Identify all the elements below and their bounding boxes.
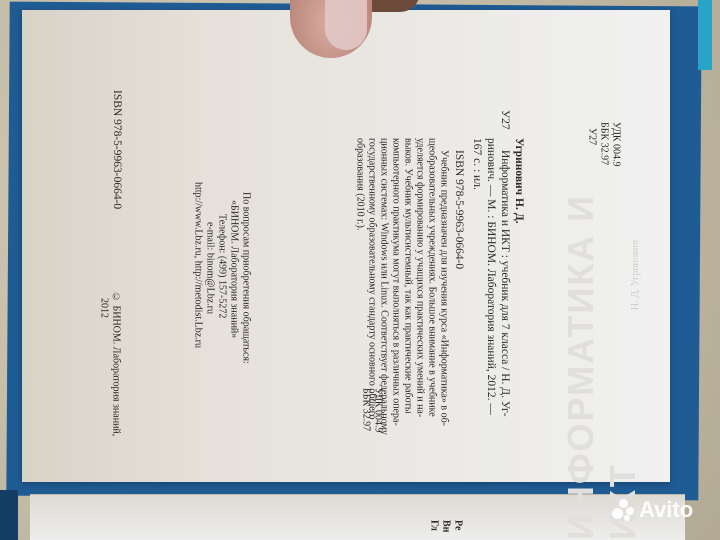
catalog-code: У27 [498, 110, 511, 130]
isbn-bottom: ISBN 978-5-9963-0664-0 [110, 90, 123, 209]
classification-bottom-1: УДК 004.9 [372, 388, 384, 433]
classification-bottom-2: ББК 32.97 [360, 388, 372, 431]
purchase-info-line: Телефон: (499) 157-5272 [216, 214, 228, 318]
next-page-fragment: Вн [440, 520, 452, 532]
title-line-1: Информатика и ИКТ : учебник для 7 класса… [498, 150, 511, 417]
copyright-line-2: 2012 [98, 298, 110, 318]
purchase-info-line: «БИНОМ. Лаборатория знаний» [228, 200, 240, 338]
abstract-line: Учебник предназначен для изучения курса … [438, 150, 450, 426]
purchase-info-urls: http://www.Lbz.ru, http://metodist.Lbz.r… [192, 182, 204, 348]
classification-top-2: ББК 32.97 [598, 122, 610, 165]
title-line-2: ринович. — М. : БИНОМ. Лаборатория знани… [484, 138, 497, 415]
author: Угринович Н. Д. [512, 138, 525, 224]
cover-bottom [0, 490, 18, 540]
abstract-line: государственному образовательному станда… [366, 138, 378, 420]
show-through-author: Н. Д. Угринович [630, 240, 641, 310]
next-page-fragment: Ре [452, 520, 464, 530]
copyright-line-1: © БИНОМ. Лаборатория знаний, [110, 292, 122, 436]
avito-watermark: Avito [612, 497, 693, 523]
purchase-info-email: e-mail: binom@Lbz.ru [204, 222, 216, 314]
classification-top-3: У27 [586, 128, 598, 145]
classification-top-1: УДК 004.9 [610, 122, 622, 167]
next-page-fragment: Гл [428, 520, 440, 531]
show-through-title: ИНФОРМАТИКА И ИКТ [560, 140, 644, 540]
avito-text: Avito [639, 497, 693, 523]
avito-logo-icon [612, 499, 636, 521]
isbn-line: ISBN 978-5-9963-0664-0 [452, 150, 465, 269]
abstract-line: выков. Учебник мультисистемный, так как … [402, 138, 414, 414]
abstract-line: щеобразовательных учреждениях. Большое в… [426, 138, 438, 417]
abstract-line: уделяется формированию у учащихся практи… [414, 138, 426, 417]
title-line-3: 167 с. : ил. [470, 138, 483, 190]
abstract-line: компьютерного практикума могут выполнять… [390, 138, 402, 426]
cover-edge [698, 0, 712, 70]
abstract-line: образования (2010 г.). [354, 138, 366, 230]
purchase-info-line: По вопросам приобретения обращаться: [240, 192, 252, 364]
fingernail [325, 0, 367, 50]
